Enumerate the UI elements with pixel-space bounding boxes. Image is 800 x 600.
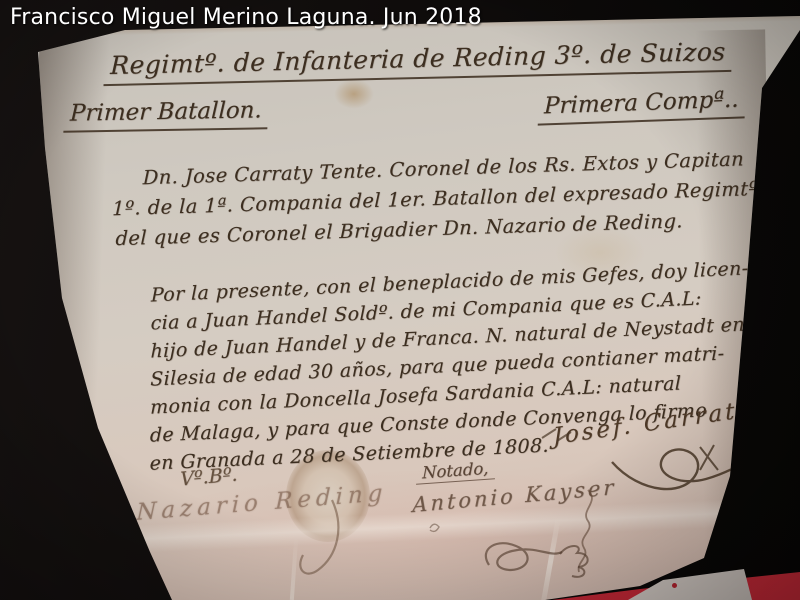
document-title: Regimtº. de Infanteria de Reding 3º. de …	[96, 37, 741, 81]
battalion-heading: Primer Batallon.	[64, 97, 269, 127]
company-heading: Primera Compª..	[538, 86, 745, 119]
photo-caption: Francisco Miguel Merino Laguna. Jun 2018	[10, 5, 482, 30]
visto-bueno-label: Vº.Bº.	[180, 463, 238, 490]
red-dot-on-corner	[672, 583, 677, 588]
officer-paragraph: Dn. Jose Carraty Tente. Coronel de los R…	[111, 144, 765, 255]
museum-photo: Francisco Miguel Merino Laguna. Jun 2018…	[0, 0, 800, 600]
licence-paragraph: Por la presente, con el beneplacido de m…	[150, 254, 749, 477]
notado-label: Notado,	[416, 458, 494, 483]
manuscript-paper: Regimtº. de Infanteria de Reding 3º. de …	[0, 0, 800, 600]
ink-stain-top	[334, 79, 374, 109]
